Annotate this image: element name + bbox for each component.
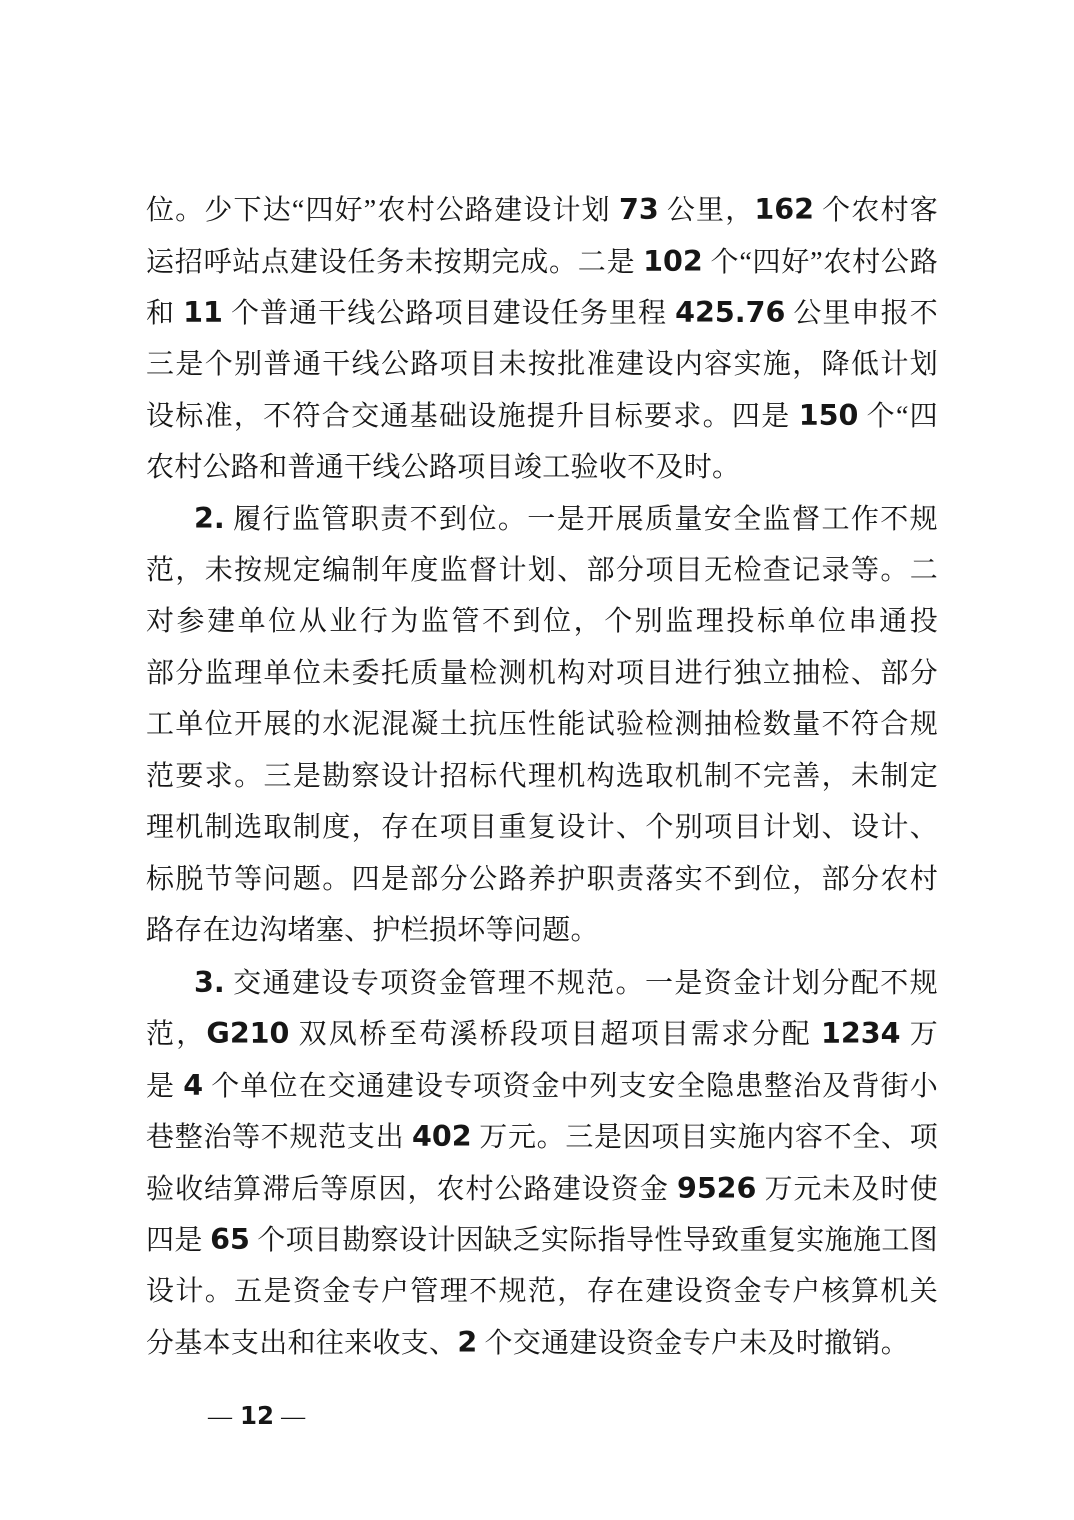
text-line: 工单位开展的水泥混凝土抗压性能试验检测抽检数量不符合规: [146, 699, 938, 751]
text-column: 位。少下达“四好”农村公路建设计划 73 公里，162 个农村客 运招呼站点建设…: [146, 184, 938, 1369]
text-line: 位。少下达“四好”农村公路建设计划 73 公里，162 个农村客: [146, 184, 938, 236]
text-line: 设标准，不符合交通基础设施提升目标要求。四是 150 个“四好”: [146, 390, 938, 442]
text-line: 标脱节等问题。四是部分公路养护职责落实不到位，部分农村公: [146, 854, 938, 906]
paragraph-continued: 位。少下达“四好”农村公路建设计划 73 公里，162 个农村客 运招呼站点建设…: [146, 184, 938, 493]
text-line: 对参建单位从业行为监管不到位，个别监理投标单位串通投标、: [146, 596, 938, 648]
text-line: 部分监理单位未委托质量检测机构对项目进行独立抽检、部分施: [146, 648, 938, 700]
paragraph-item-2: 2. 履行监管职责不到位。一是开展质量安全监督工作不规 范，未按规定编制年度监督…: [146, 493, 938, 957]
text-line: 三是个别普通干线公路项目未按批准建设内容实施，降低计划建: [146, 339, 938, 391]
text-line: 和 11 个普通干线公路项目建设任务里程 425.76 公里申报不实。: [146, 287, 938, 339]
text-line: 设计。五是资金专户管理不规范，存在建设资金专户核算机关部: [146, 1266, 938, 1318]
paragraph-item-3: 3. 交通建设专项资金管理不规范。一是资金计划分配不规 范，G210 双凤桥至苟…: [146, 957, 938, 1369]
text-line: 运招呼站点建设任务未按期完成。二是 102 个“四好”农村公路: [146, 236, 938, 288]
text-line: 四是 65 个项目勘察设计因缺乏实际指导性导致重复实施施工图: [146, 1214, 938, 1266]
document-page: 位。少下达“四好”农村公路建设计划 73 公里，162 个农村客 运招呼站点建设…: [0, 0, 1074, 1520]
text-line: 分基本支出和往来收支、2 个交通建设资金专户未及时撤销。: [146, 1317, 938, 1369]
text-line: 是 4 个单位在交通建设专项资金中列支安全隐患整治及背街小: [146, 1060, 938, 1112]
text-line: 农村公路和普通干线公路项目竣工验收不及时。: [146, 442, 938, 494]
text-line: 范要求。三是勘察设计招标代理机构选取机制不完善，未制定代: [146, 751, 938, 803]
page-number: — 12 —: [208, 1396, 306, 1437]
text-line: 2. 履行监管职责不到位。一是开展质量安全监督工作不规: [146, 493, 938, 545]
text-line: 范，G210 双凤桥至苟溪桥段项目超项目需求分配 1234 万元。二: [146, 1008, 938, 1060]
text-line: 巷整治等不规范支出 402 万元。三是因项目实施内容不全、项目: [146, 1111, 938, 1163]
text-line: 范，未按规定编制年度监督计划、部分项目无检查记录等。二是: [146, 545, 938, 597]
text-line: 路存在边沟堵塞、护栏损坏等问题。: [146, 905, 938, 957]
text-line: 3. 交通建设专项资金管理不规范。一是资金计划分配不规: [146, 957, 938, 1009]
text-line: 理机制选取制度，存在项目重复设计、个别项目计划、设计、招: [146, 802, 938, 854]
text-line: 验收结算滞后等原因，农村公路建设资金 9526 万元未及时使用。: [146, 1163, 938, 1215]
